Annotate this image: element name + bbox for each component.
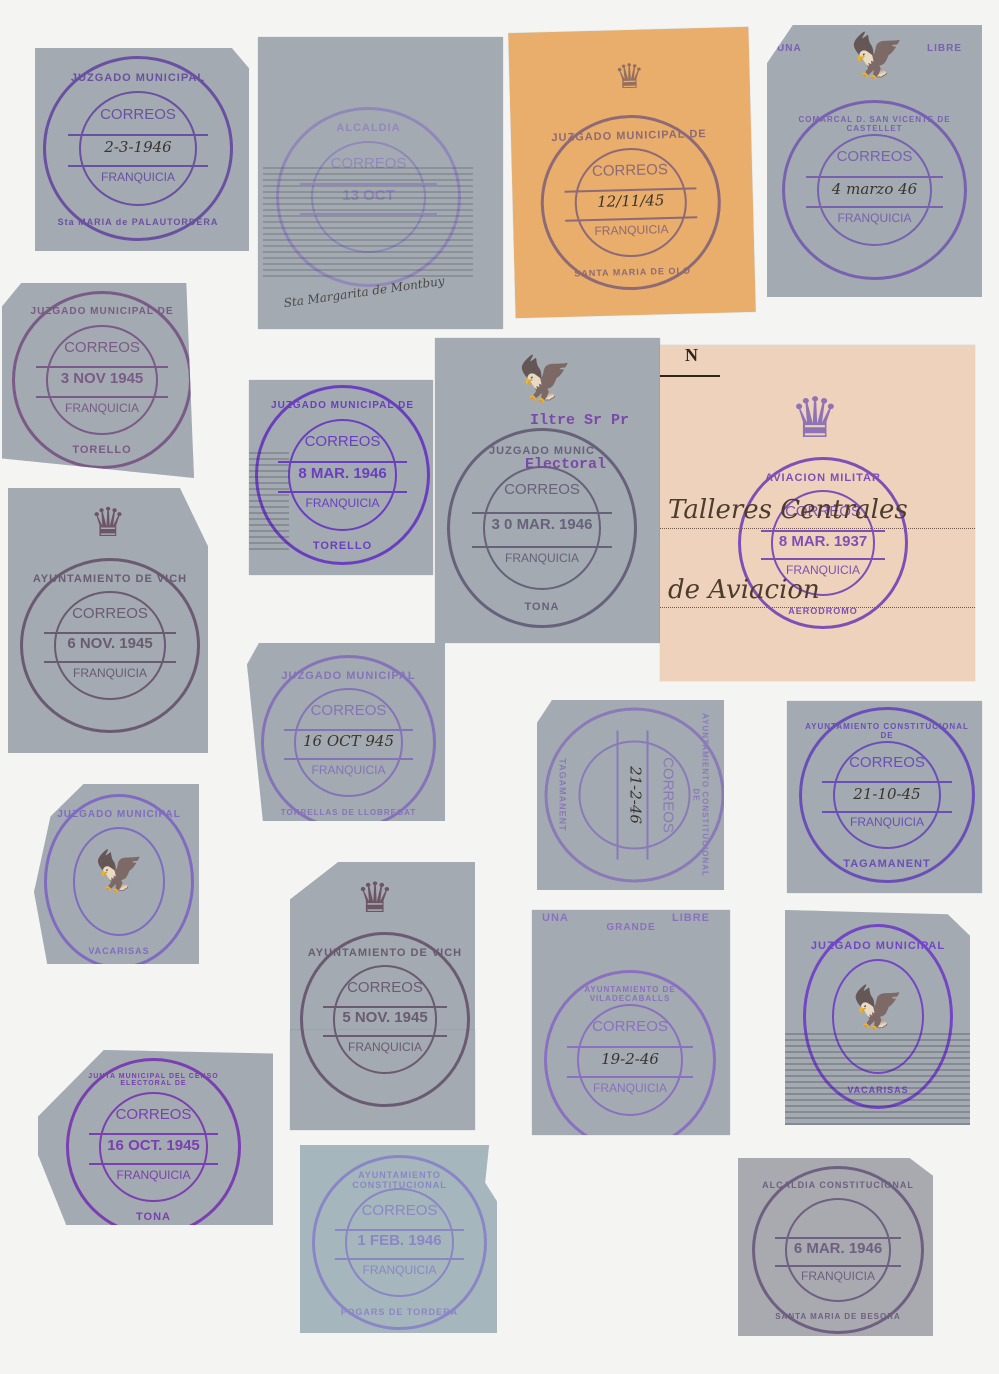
correos-label: CORREOS	[258, 433, 427, 450]
postmark-date: 4 marzo 46	[785, 180, 964, 198]
stamp-fragment-vich-1: ♛ AYUNTAMIENTO DE VICH CORREOS 6 NOV. 19…	[8, 488, 208, 753]
postmark-title: COMARCAL D. SAN VICENTE DE CASTELLET	[785, 115, 964, 133]
postmark-title: AYUNTAMIENTO DE VILADECABALLS	[547, 985, 713, 1003]
postmark-locality: TORELLO	[15, 444, 189, 456]
postmark-date: 5 NOV. 1945	[303, 1009, 467, 1026]
franquicia-label: FRANQUICIA	[15, 401, 189, 415]
postmark-locality: SANTA MARIA DE BESORA	[755, 1312, 921, 1321]
handwritten-line1: Talleres Centrales	[668, 495, 908, 525]
postmark: JUZGADO MUNICIPAL CORREOS 16 OCT 945 FRA…	[261, 655, 436, 821]
postmark-date: 3 NOV 1945	[15, 370, 189, 387]
postmark: JUZGADO MUNICIPAL 🦅 VACARISAS	[44, 794, 194, 964]
eagle-icon: 🦅	[47, 852, 191, 892]
postmark-title: JUZGADO MUNICIPAL	[806, 940, 950, 952]
franquicia-label: FRANQUICIA	[802, 815, 972, 829]
stamp-fragment-torrellas: JUZGADO MUNICIPAL CORREOS 16 OCT 945 FRA…	[247, 643, 445, 821]
franquicia-label: FRANQUICIA	[755, 1269, 921, 1283]
eagle-icon: 🦅	[505, 358, 585, 402]
postmark-title: JUZGADO MUNICIPAL DE	[542, 128, 716, 145]
crown-icon: ♛	[594, 59, 665, 95]
crown-icon: ♛	[760, 390, 870, 446]
postmark-title: JUZGADO MUNICIPAL	[264, 670, 433, 682]
postmark-date: 21-2-46	[627, 711, 645, 880]
correos-label: CORREOS	[15, 339, 189, 356]
franquicia-label: FRANQUICIA	[547, 1081, 713, 1095]
postmark-title: AYUNTAMIENTO DE VICH	[303, 947, 467, 959]
postmark: AYUNTAMIENTO DE VILADECABALLS CORREOS 19…	[544, 970, 716, 1135]
postmark-locality: TONA	[450, 601, 634, 613]
postmark-locality: VACARISAS	[47, 946, 191, 956]
postmark-title: JUZGADO MUNICIPAL	[47, 809, 191, 820]
postmark: ALCALDIA CONSTITUCIONAL 6 MAR. 1946 FRAN…	[752, 1166, 924, 1334]
franquicia-label: FRANQUICIA	[785, 211, 964, 225]
franquicia-label: FRANQUICIA	[315, 1263, 484, 1277]
postmark: COMARCAL D. SAN VICENTE DE CASTELLET COR…	[782, 100, 967, 280]
handwritten-line2: de Aviacion	[668, 575, 820, 605]
postmark: JUZGADO MUNICIPAL DE CORREOS 3 NOV 1945 …	[12, 291, 192, 469]
stamp-fragment-tagamanent-2: AYUNTAMIENTO CONSTITUCIONAL DE CORREOS 2…	[787, 701, 982, 893]
franquicia-label: FRANQUICIA	[264, 763, 433, 777]
postmark-locality: TONA	[69, 1211, 238, 1223]
postmark-date: 2-3-1946	[46, 138, 230, 156]
postmark-date: 19-2-46	[547, 1050, 713, 1068]
stamp-fragment-palautordera: JUZGADO MUNICIPAL CORREOS 2-3-1946 FRANQ…	[35, 48, 249, 251]
franquicia-label: FRANQUICIA	[46, 170, 230, 184]
stamp-fragment-torello-2: JUZGADO MUNICIPAL DE CORREOS 8 MAR. 1946…	[249, 380, 433, 575]
stamp-fragment-fogars: AYUNTAMIENTO CONSTITUCIONAL CORREOS 1 FE…	[300, 1145, 497, 1333]
postmark-date: 8 MAR. 1937	[741, 533, 905, 550]
correos-label: CORREOS	[315, 1202, 484, 1219]
stamp-fragment-torello-1: JUZGADO MUNICIPAL DE CORREOS 3 NOV 1945 …	[2, 283, 194, 478]
postmark-date: 21-10-45	[802, 785, 972, 803]
correos-label: CORREOS	[785, 148, 964, 165]
postmark-title: JUZGADO MUNICIPAL	[46, 72, 230, 84]
postmark-date: 16 OCT. 1945	[69, 1137, 238, 1154]
stamp-fragment-tagamanent-1: AYUNTAMIENTO CONSTITUCIONAL DE CORREOS 2…	[537, 700, 724, 890]
stamp-fragment-vacarisas-1: JUZGADO MUNICIPAL 🦅 VACARISAS	[34, 784, 199, 964]
postmark-vich-2: AYUNTAMIENTO DE VICH CORREOS 5 NOV. 1945…	[300, 932, 470, 1107]
postmark-locality: SANTA MARIA DE OLO	[546, 265, 720, 280]
ribbon-right: LIBRE	[672, 912, 710, 924]
ribbon-left: UNA	[542, 912, 569, 924]
header-mark: N	[685, 345, 698, 366]
typed-address-line2: Electoral	[525, 456, 606, 473]
correos-label: CORREOS	[69, 1106, 238, 1123]
correos-label: CORREOS	[46, 106, 230, 123]
correos-label: CORREOS	[802, 754, 972, 771]
ribbon-left: UNA	[777, 43, 802, 54]
document-fragment-aviacion: N ♛ AVIACION MILITAR CORREOS 8 MAR. 1937…	[660, 345, 975, 681]
correos-label: CORREOS	[303, 979, 467, 996]
postmark-title: JUNTA MUNICIPAL DEL CENSO ELECTORAL DE	[69, 1073, 238, 1087]
ribbon-right: LIBRE	[927, 43, 962, 54]
crown-icon: ♛	[68, 503, 148, 543]
postmark: AYUNTAMIENTO CONSTITUCIONAL DE CORREOS 2…	[799, 707, 975, 883]
correos-label: CORREOS	[543, 160, 717, 182]
postmark-locality: TAGAMANENT	[558, 711, 568, 880]
eagle-icon: 🦅	[806, 987, 950, 1029]
correos-label: CORREOS	[547, 1018, 713, 1035]
eagle-icon: 🦅	[837, 35, 917, 79]
postmark-date: 6 NOV. 1945	[23, 635, 197, 652]
postmark-locality: AERODROMO	[741, 606, 905, 616]
postmark-date: 6 MAR. 1946	[755, 1240, 921, 1257]
postmark-title: ALCALDIA CONSTITUCIONAL	[755, 1180, 921, 1190]
postmark-locality: FOGARS DE TORDERA	[315, 1307, 484, 1317]
postmark: JUNTA MUNICIPAL DEL CENSO ELECTORAL DE C…	[66, 1058, 241, 1225]
postmark-title: AVIACION MILITAR	[741, 472, 905, 484]
stamp-fragment-tona-1: 🦅 JUZGADO MUNIC CORREOS 3 0 MAR. 1946 FR…	[435, 338, 660, 643]
postmark-date: 16 OCT 945	[264, 732, 433, 750]
franquicia-label: FRANQUICIA	[544, 221, 718, 240]
postmark-locality: Sta MARIA de PALAUTORDERA	[46, 217, 230, 227]
postmark-title: JUZGADO MUNICIPAL DE	[258, 400, 427, 411]
postmark: AYUNTAMIENTO DE VICH CORREOS 6 NOV. 1945…	[20, 558, 200, 733]
postmark-title: AYUNTAMIENTO CONSTITUCIONAL DE	[802, 722, 972, 740]
postmark: AYUNTAMIENTO CONSTITUCIONAL DE CORREOS 2…	[545, 708, 725, 883]
stamp-fragment-vacarisas-2: JUZGADO MUNICIPAL 🦅 VACARISAS	[785, 910, 970, 1125]
stamp-fragment-besora: ALCALDIA CONSTITUCIONAL 6 MAR. 1946 FRAN…	[738, 1158, 933, 1336]
postmark-locality: TAGAMANENT	[802, 858, 972, 870]
correos-label: CORREOS	[450, 481, 634, 498]
postmark: JUZGADO MUNICIPAL DE CORREOS 12/11/45 FR…	[539, 113, 724, 293]
correos-label: CORREOS	[659, 711, 676, 880]
postmark-date: 1 FEB. 1946	[315, 1232, 484, 1249]
crown-icon: ♛	[330, 877, 420, 919]
correos-label: CORREOS	[264, 702, 433, 719]
franquicia-label: FRANQUICIA	[450, 551, 634, 565]
postmark-title: ALCALDIA	[279, 122, 458, 134]
postmark-title: JUZGADO MUNIC	[450, 445, 634, 457]
postmark: AYUNTAMIENTO CONSTITUCIONAL CORREOS 1 FE…	[312, 1155, 487, 1330]
typed-address-line1: Iltre Sr Pr	[530, 412, 629, 429]
postmark-title: JUZGADO MUNICIPAL DE	[15, 306, 189, 317]
postmark-date: 3 0 MAR. 1946	[450, 516, 634, 533]
postmark-title: AYUNTAMIENTO DE VICH	[23, 573, 197, 585]
stamp-fragment-montbuy: ALCALDIA CORREOS 13 OCT Sta Margarita de…	[258, 37, 503, 329]
franquicia-label: FRANQUICIA	[303, 1040, 467, 1054]
franquicia-label: FRANQUICIA	[23, 666, 197, 680]
stamp-fragment-tona-2: JUNTA MUNICIPAL DEL CENSO ELECTORAL DE C…	[38, 1050, 273, 1225]
correos-label: CORREOS	[23, 605, 197, 622]
postmark: JUZGADO MUNICIPAL CORREOS 2-3-1946 FRANQ…	[43, 56, 233, 241]
postmark-locality: TORRELLAS DE LLOBREGAT	[264, 808, 433, 817]
franquicia-label: FRANQUICIA	[69, 1168, 238, 1182]
postmark-title: AYUNTAMIENTO CONSTITUCIONAL	[315, 1170, 484, 1190]
postmark-title: AYUNTAMIENTO CONSTITUCIONAL DE	[691, 711, 709, 880]
stamp-fragment-castellet: 🦅 UNA LIBRE COMARCAL D. SAN VICENTE DE C…	[767, 25, 982, 297]
stamp-fragment-viladecaballs: GRANDE UNA LIBRE AYUNTAMIENTO DE VILADEC…	[532, 910, 730, 1135]
stamp-fragment-olo: ♛ JUZGADO MUNICIPAL DE CORREOS 12/11/45 …	[508, 27, 755, 318]
